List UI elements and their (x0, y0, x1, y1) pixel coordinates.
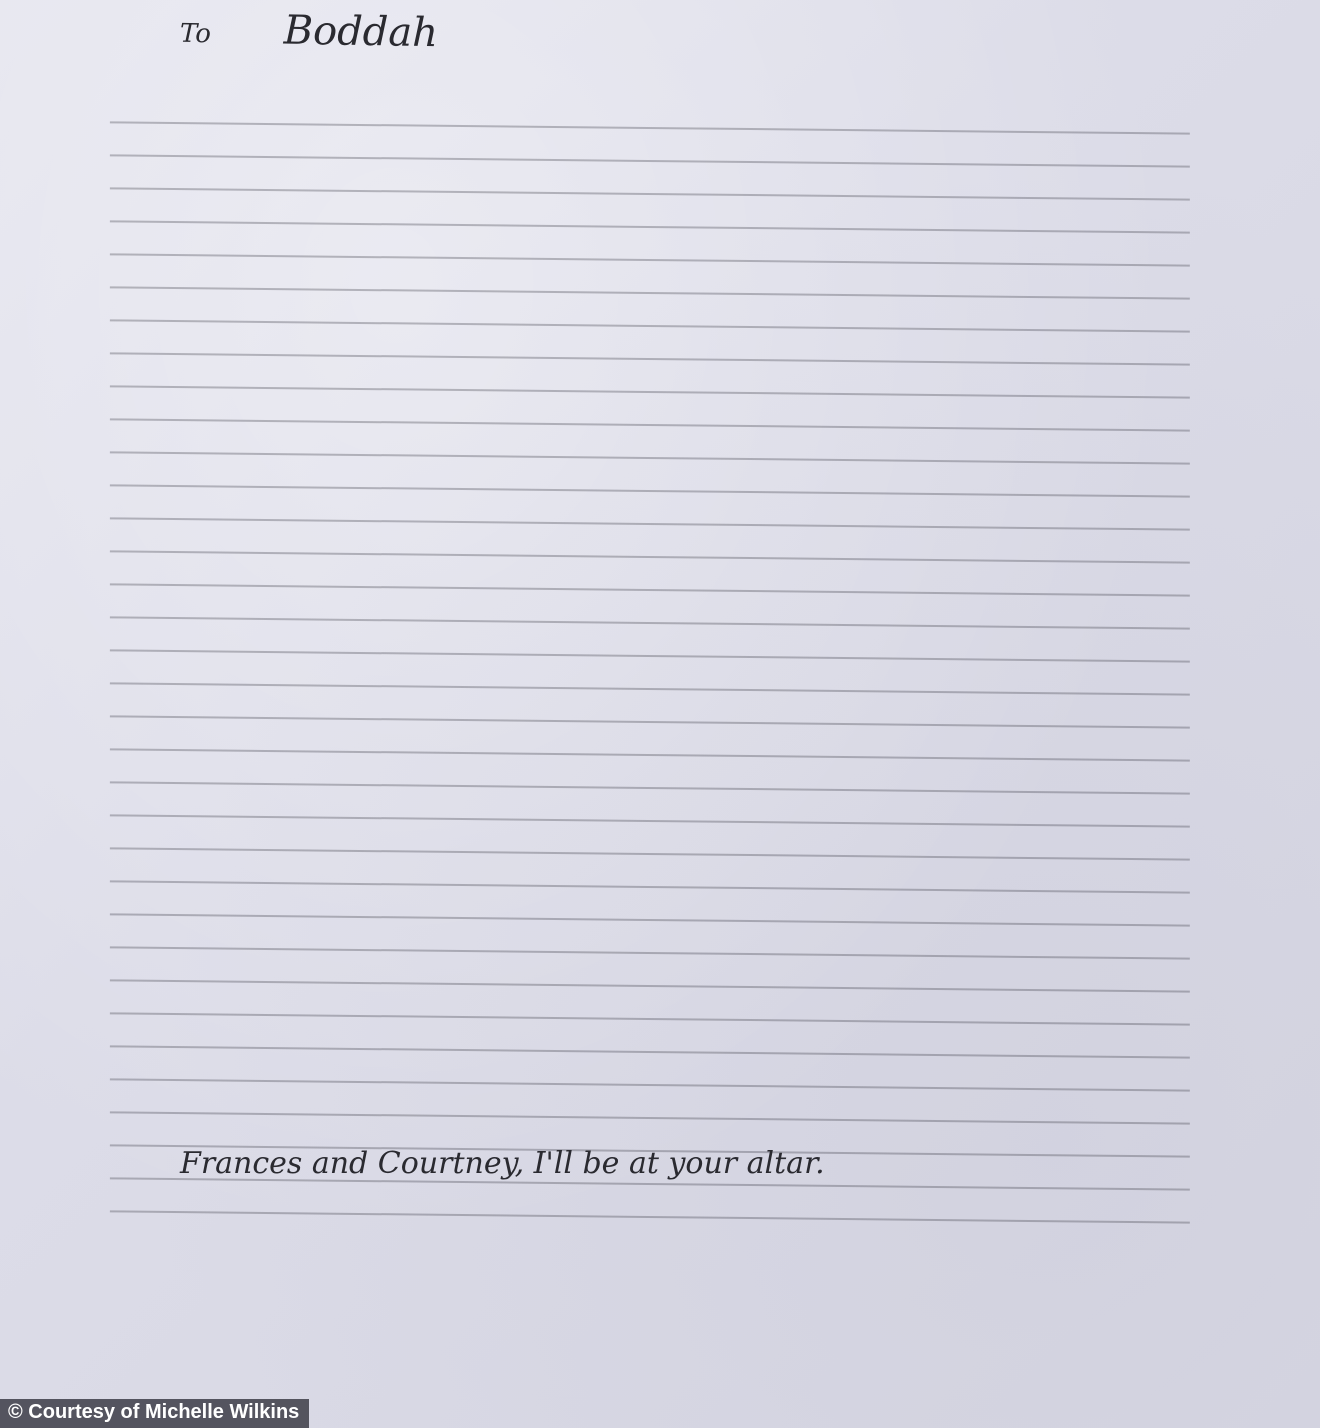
handwritten-line (110, 1183, 1190, 1223)
salutation-name: Boddah (283, 8, 438, 57)
salutation-prefix: To (180, 19, 212, 50)
letter-paper: To Boddah Frances and Courtney, I'll be … (0, 0, 1320, 1428)
letter-closing: Frances and Courtney, I'll be at your al… (180, 1140, 825, 1188)
salutation: To Boddah (180, 6, 439, 56)
closing-line: Frances and Courtney, I'll be at your al… (180, 1140, 825, 1188)
photo-credit: © Courtesy of Michelle Wilkins (0, 1399, 309, 1428)
letter-body-handwriting (110, 100, 1190, 1222)
